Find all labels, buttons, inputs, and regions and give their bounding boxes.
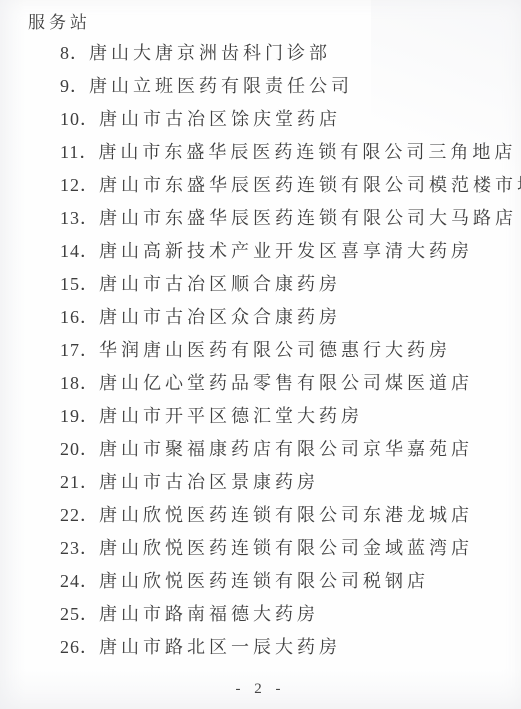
item-name: 唐山欣悦医药连锁有限公司金域蓝湾店 <box>99 539 473 557</box>
header-text-fragment: 服务站 <box>28 8 91 33</box>
item-name: 唐山市聚福康药店有限公司京华嘉苑店 <box>99 440 473 458</box>
list-item: 15． 唐山市古冶区顺合康药房 <box>0 275 521 293</box>
item-name: 唐山大唐京洲齿科门诊部 <box>89 44 331 62</box>
item-name: 唐山市古冶区馀庆堂药店 <box>99 110 341 128</box>
item-number: 17． <box>60 341 99 359</box>
item-name: 唐山市古冶区顺合康药房 <box>99 275 341 293</box>
item-number: 12． <box>60 176 99 194</box>
list-item: 19． 唐山市开平区德汇堂大药房 <box>0 407 521 425</box>
item-number: 26． <box>60 638 99 656</box>
item-number: 9． <box>60 77 89 95</box>
item-number: 19． <box>60 407 99 425</box>
item-number: 13． <box>60 209 99 227</box>
item-number: 8． <box>60 44 89 62</box>
item-name: 唐山欣悦医药连锁有限公司东港龙城店 <box>99 506 473 524</box>
item-name: 唐山市东盛华辰医药连锁有限公司大马路店 <box>99 209 517 227</box>
list-item: 18． 唐山亿心堂药品零售有限公司煤医道店 <box>0 374 521 392</box>
item-name: 华润唐山医药有限公司德惠行大药房 <box>99 341 451 359</box>
item-number: 15． <box>60 275 99 293</box>
item-number: 24． <box>60 572 99 590</box>
item-number: 23． <box>60 539 99 557</box>
item-number: 18． <box>60 374 99 392</box>
item-number: 11． <box>60 143 98 161</box>
list-item: 16． 唐山市古冶区众合康药房 <box>0 308 521 326</box>
item-name: 唐山市古冶区众合康药房 <box>99 308 341 326</box>
item-name: 唐山亿心堂药品零售有限公司煤医道店 <box>99 374 473 392</box>
store-list: 8． 唐山大唐京洲齿科门诊部 9． 唐山立班医药有限责任公司 10． 唐山市古冶… <box>0 44 521 671</box>
list-item: 23． 唐山欣悦医药连锁有限公司金域蓝湾店 <box>0 539 521 557</box>
list-item: 26． 唐山市路北区一辰大药房 <box>0 638 521 656</box>
item-name: 唐山高新技术产业开发区喜享清大药房 <box>99 242 473 260</box>
item-name: 唐山市东盛华辰医药连锁有限公司模范楼市场店 <box>99 176 521 194</box>
list-item: 8． 唐山大唐京洲齿科门诊部 <box>0 44 521 62</box>
list-item: 20． 唐山市聚福康药店有限公司京华嘉苑店 <box>0 440 521 458</box>
item-name: 唐山市路南福德大药房 <box>99 605 319 623</box>
list-item: 13． 唐山市东盛华辰医药连锁有限公司大马路店 <box>0 209 521 227</box>
list-item: 24． 唐山欣悦医药连锁有限公司税钢店 <box>0 572 521 590</box>
list-item: 11． 唐山市东盛华辰医药连锁有限公司三角地店 <box>0 143 521 161</box>
list-item: 12． 唐山市东盛华辰医药连锁有限公司模范楼市场店 <box>0 176 521 194</box>
item-number: 21． <box>60 473 99 491</box>
item-name: 唐山市古冶区景康药房 <box>99 473 319 491</box>
list-item: 21． 唐山市古冶区景康药房 <box>0 473 521 491</box>
item-number: 14． <box>60 242 99 260</box>
item-name: 唐山立班医药有限责任公司 <box>89 77 353 95</box>
item-number: 22． <box>60 506 99 524</box>
list-item: 25． 唐山市路南福德大药房 <box>0 605 521 623</box>
list-item: 22． 唐山欣悦医药连锁有限公司东港龙城店 <box>0 506 521 524</box>
item-number: 10． <box>60 110 99 128</box>
item-number: 25． <box>60 605 99 623</box>
item-name: 唐山市东盛华辰医药连锁有限公司三角地店 <box>98 143 516 161</box>
list-item: 10． 唐山市古冶区馀庆堂药店 <box>0 110 521 128</box>
item-name: 唐山市开平区德汇堂大药房 <box>99 407 363 425</box>
list-item: 14． 唐山高新技术产业开发区喜享清大药房 <box>0 242 521 260</box>
list-item: 9． 唐山立班医药有限责任公司 <box>0 77 521 95</box>
item-number: 20． <box>60 440 99 458</box>
item-number: 16． <box>60 308 99 326</box>
item-name: 唐山市路北区一辰大药房 <box>99 638 341 656</box>
item-name: 唐山欣悦医药连锁有限公司税钢店 <box>99 572 429 590</box>
document-page: 服务站 8． 唐山大唐京洲齿科门诊部 9． 唐山立班医药有限责任公司 10． 唐… <box>0 0 521 709</box>
list-item: 17． 华润唐山医药有限公司德惠行大药房 <box>0 341 521 359</box>
page-number: - 2 - <box>0 681 521 698</box>
